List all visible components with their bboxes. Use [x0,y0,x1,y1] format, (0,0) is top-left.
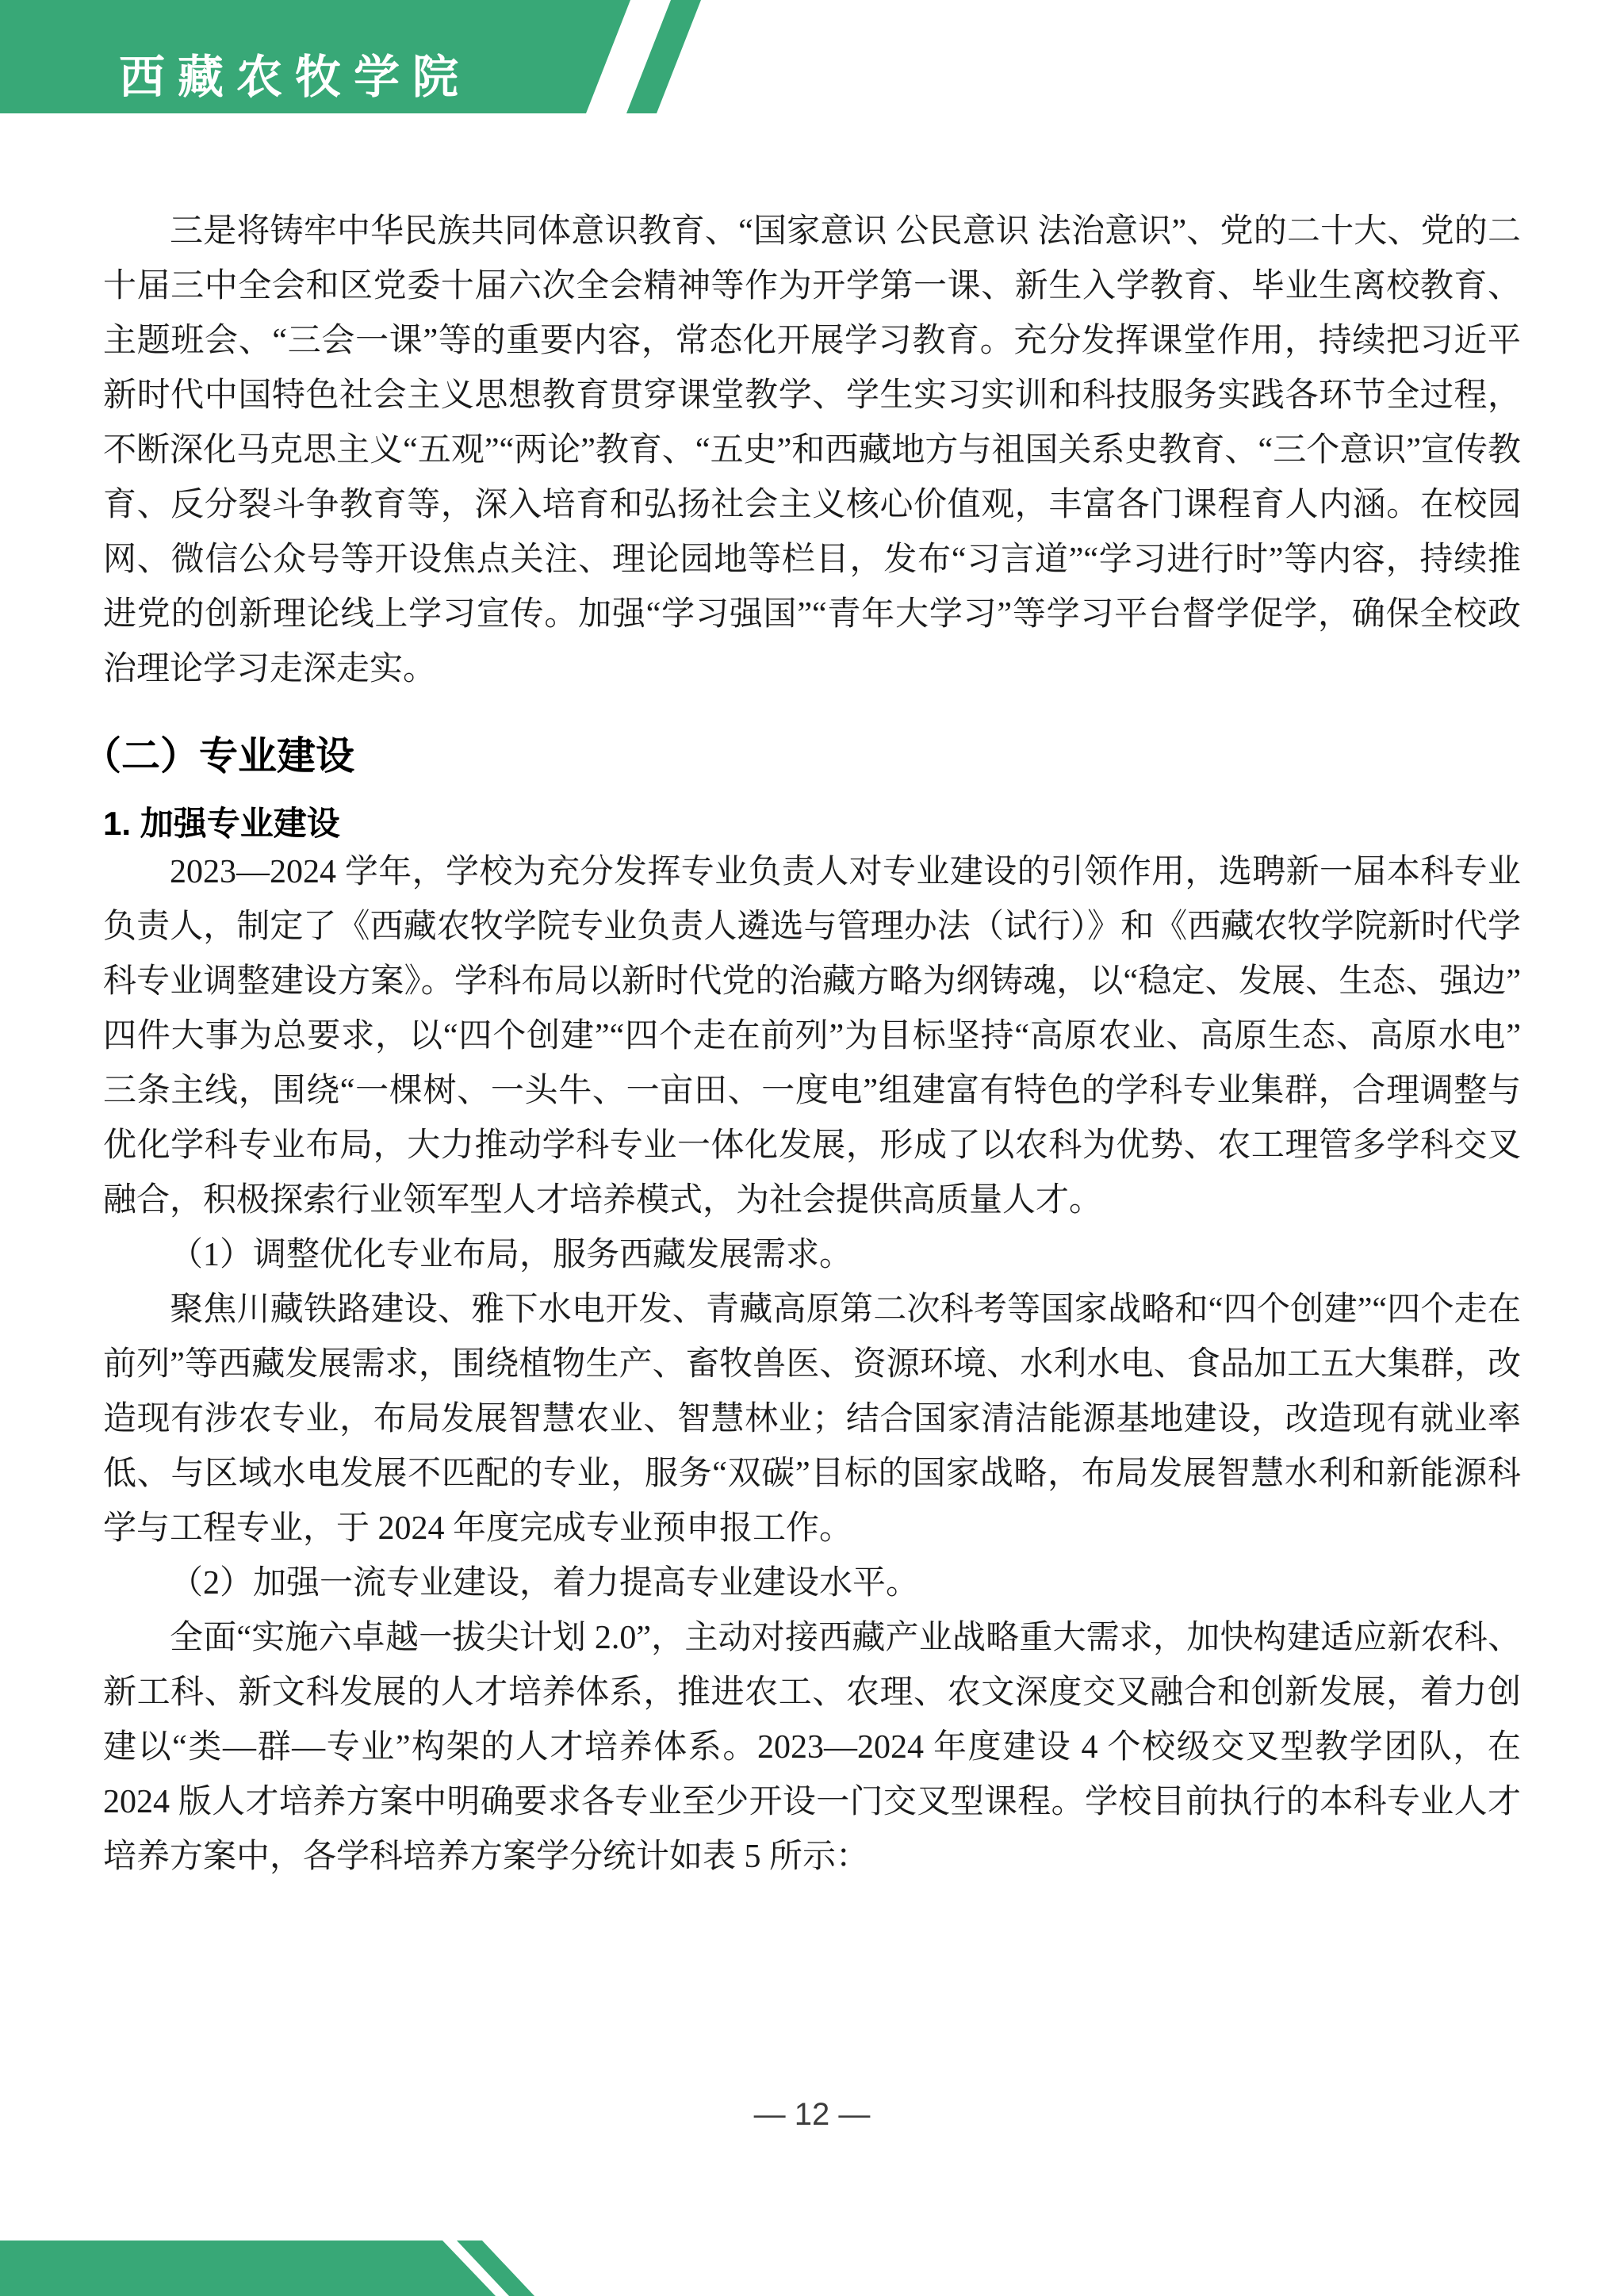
body-paragraph: 2023—2024 学年，学校为充分发挥专业负责人对专业建设的引领作用，选聘新一… [103,845,1521,1228]
header-slash-stripe [626,0,703,113]
document-body: 三是将铸牢中华民族共同体意识教育、“国家意识 公民意识 法治意识”、党的二十大、… [103,205,1521,1885]
footer-banner-shape [0,2241,496,2296]
body-paragraph: 三是将铸牢中华民族共同体意识教育、“国家意识 公民意识 法治意识”、党的二十大、… [103,205,1521,697]
subsection-heading: 1. 加强专业建设 [103,802,1521,845]
body-paragraph: 全面“实施六卓越一拔尖计划 2.0”，主动对接西藏产业战略重大需求，加快构建适应… [103,1611,1521,1885]
school-name: 西藏农牧学院 [119,40,471,106]
header-banner-shape: 西藏农牧学院 [0,0,630,113]
body-paragraph: 聚焦川藏铁路建设、雅下水电开发、青藏高原第二次科考等国家战略和“四个创建”“四个… [103,1283,1521,1556]
numbered-item-line: （1）调整优化专业布局，服务西藏发展需求。 [103,1228,1521,1283]
page-number: — 12 — [103,2097,1521,2133]
section-heading: （二）专业建设 [82,732,1521,781]
numbered-item-line: （2）加强一流专业建设，着力提高专业建设水平。 [103,1556,1521,1611]
